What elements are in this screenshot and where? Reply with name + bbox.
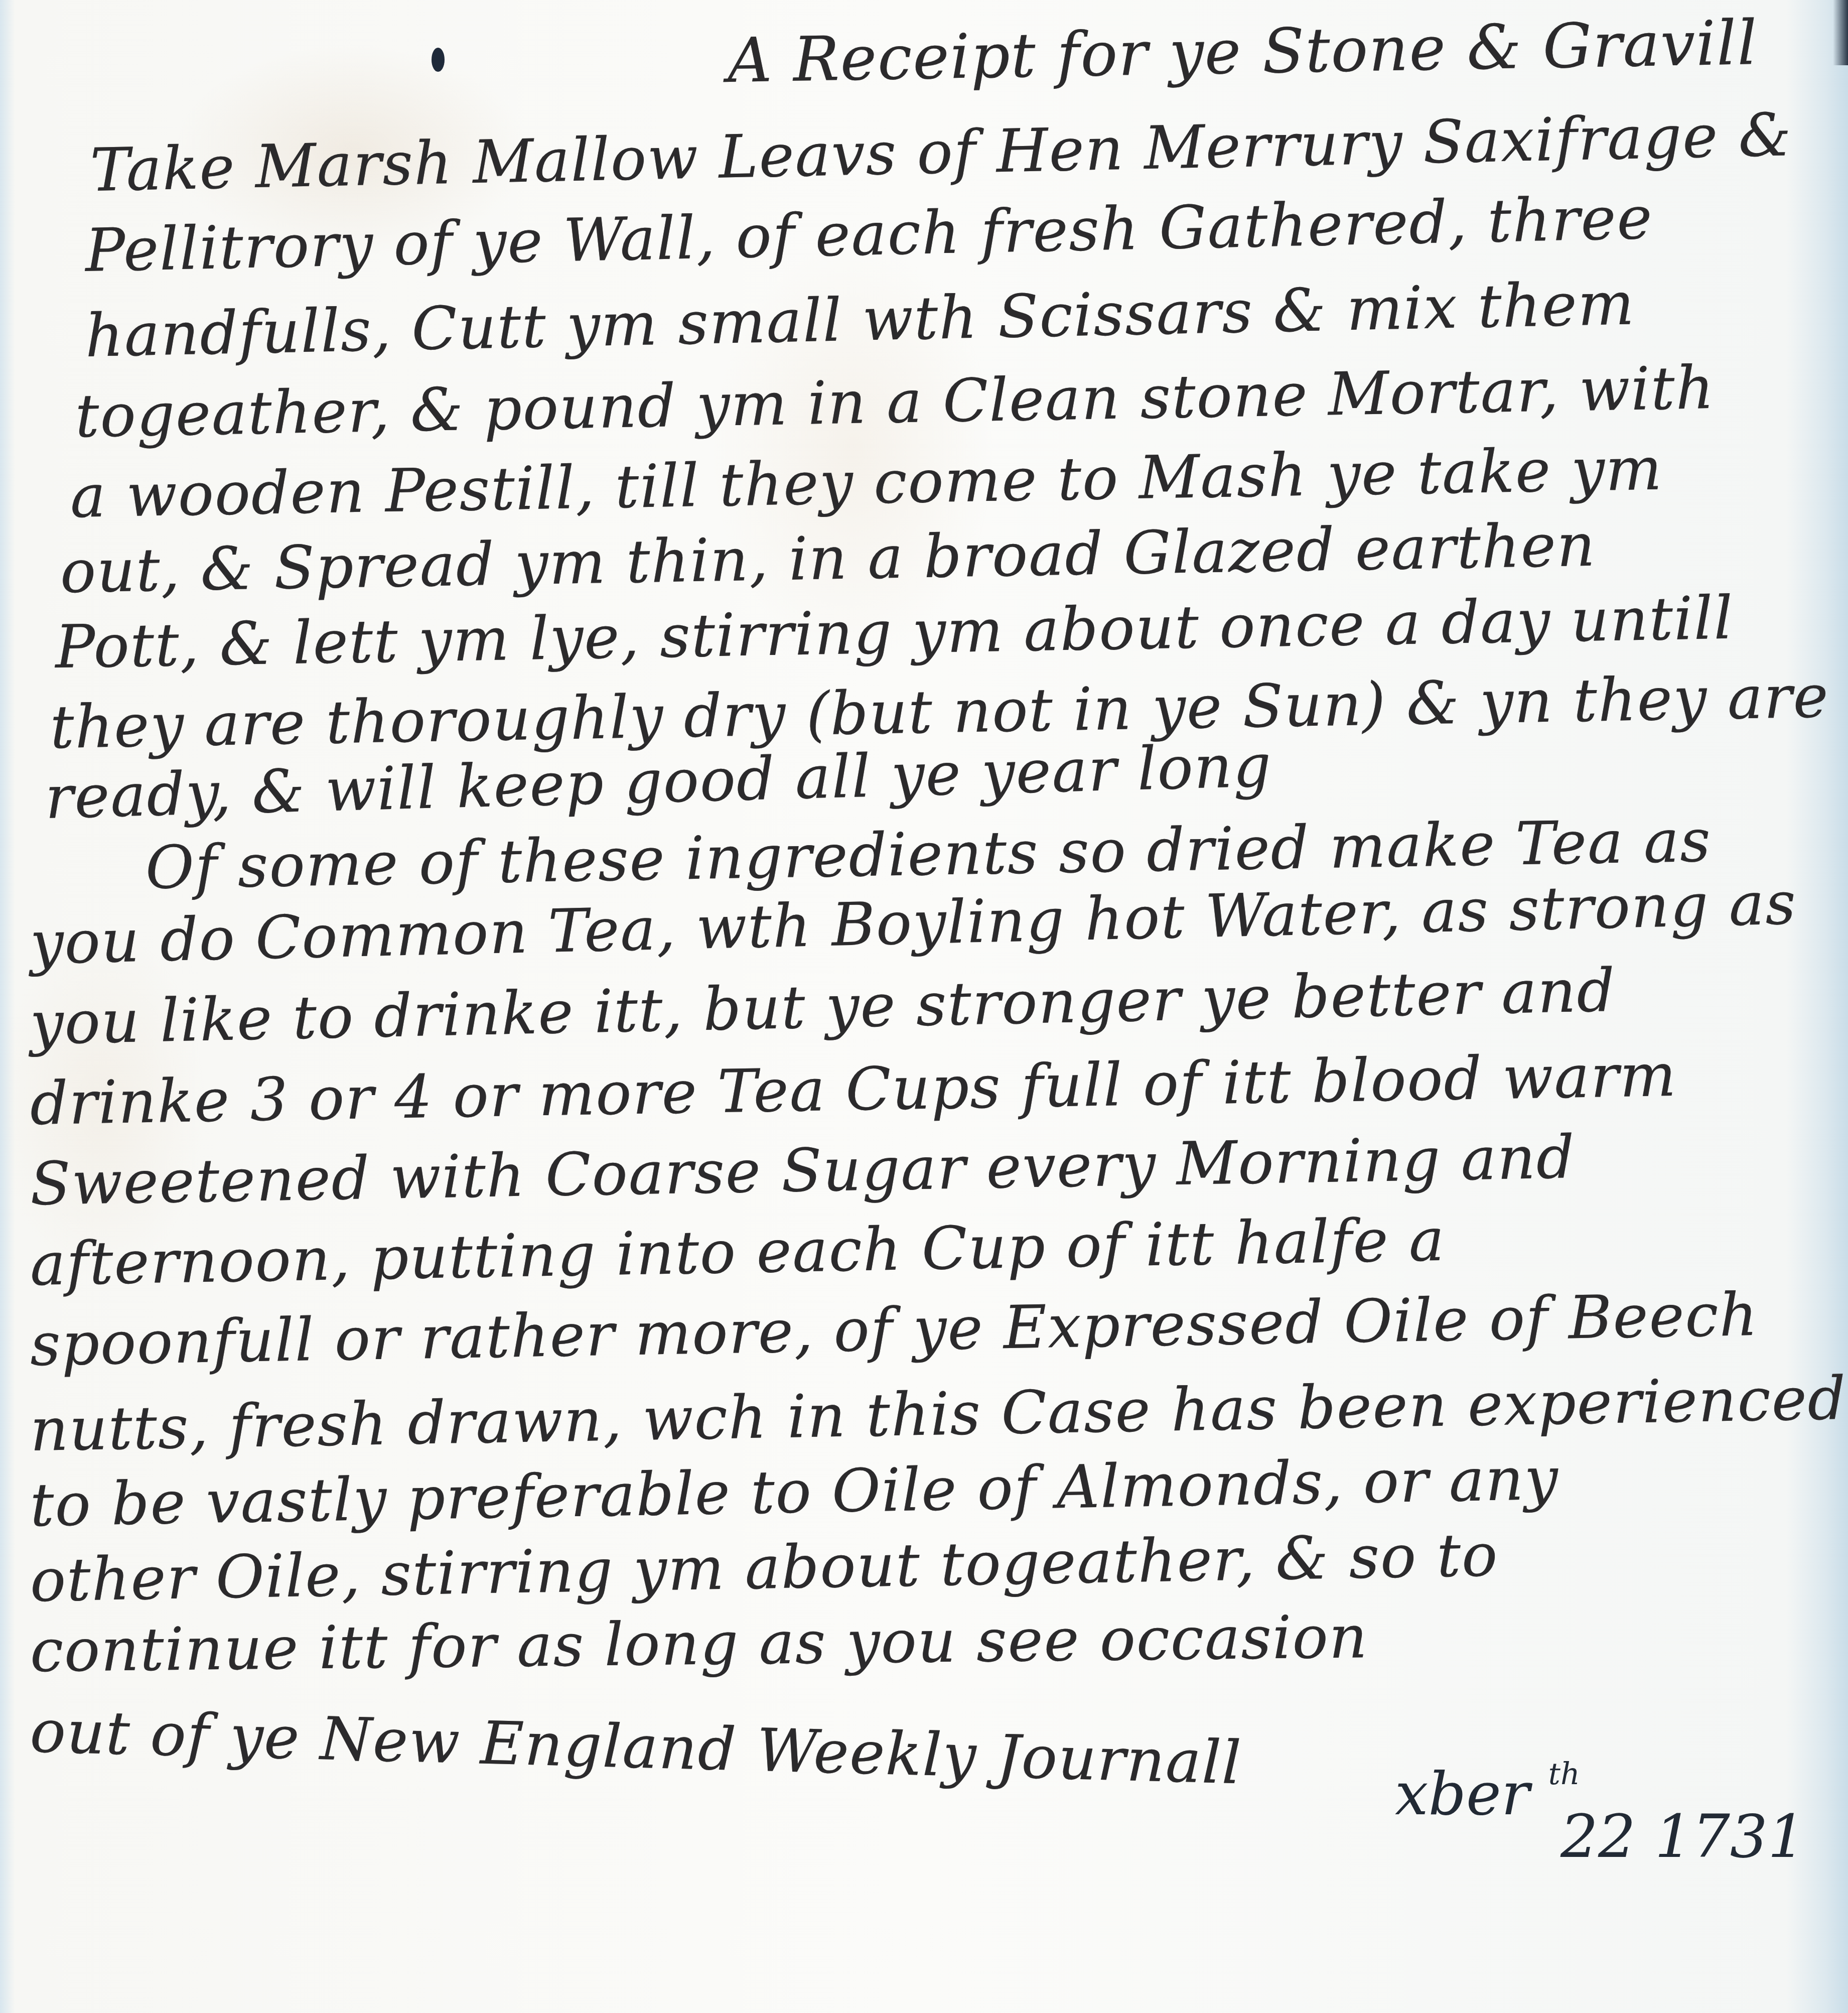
text-line-18: to be vastly preferable to Oile of Almon… xyxy=(30,1449,1559,1535)
text-line-16: spoonfull or rather more, of ye Expresse… xyxy=(30,1285,1759,1374)
text-line-14: Sweetened with Coarse Sugar every Mornin… xyxy=(30,1127,1576,1214)
manuscript-page: A Receipt for ye Stone & Gravill Take Ma… xyxy=(0,0,1848,2013)
text-line-2: Pellitrory of ye Wall, of each fresh Gat… xyxy=(85,188,1654,280)
date-year: 1731 xyxy=(1655,1802,1805,1871)
page-edge-shadow xyxy=(1833,0,1848,65)
text-line-20: continue itt for as long as you see occa… xyxy=(30,1607,1368,1680)
text-line-4: togeather, & pound ym in a Clean stone M… xyxy=(75,358,1716,446)
text-line-6: out, & Spread ym thin, in a broad Glazed… xyxy=(60,515,1597,601)
date-month: xber xyxy=(1395,1759,1529,1828)
text-line-17: nutts, fresh drawn, wch in this Case has… xyxy=(30,1369,1847,1459)
date-day-suffix: th xyxy=(1548,1757,1580,1792)
text-line-12: you like to drinke itt, but ye stronger … xyxy=(30,961,1616,1053)
text-line-3: handfulls, Cutt ym small wth Scissars & … xyxy=(85,274,1636,365)
ink-blot xyxy=(432,48,445,72)
date-day: 22 xyxy=(1560,1802,1636,1871)
date-day-year: 22 1731 xyxy=(1560,1802,1805,1871)
date-line: xber th xyxy=(1395,1757,1580,1828)
text-line-21: out of ye New England Weekly Journall xyxy=(29,1701,1242,1792)
text-line-15: afternoon, putting into each Cup of itt … xyxy=(30,1210,1446,1294)
text-line-19: other Oile, stirring ym about togeather,… xyxy=(30,1525,1499,1610)
text-line-13: drinke 3 or 4 or more Tea Cups full of i… xyxy=(30,1045,1677,1133)
document-title: A Receipt for ye Stone & Gravill xyxy=(727,12,1758,91)
